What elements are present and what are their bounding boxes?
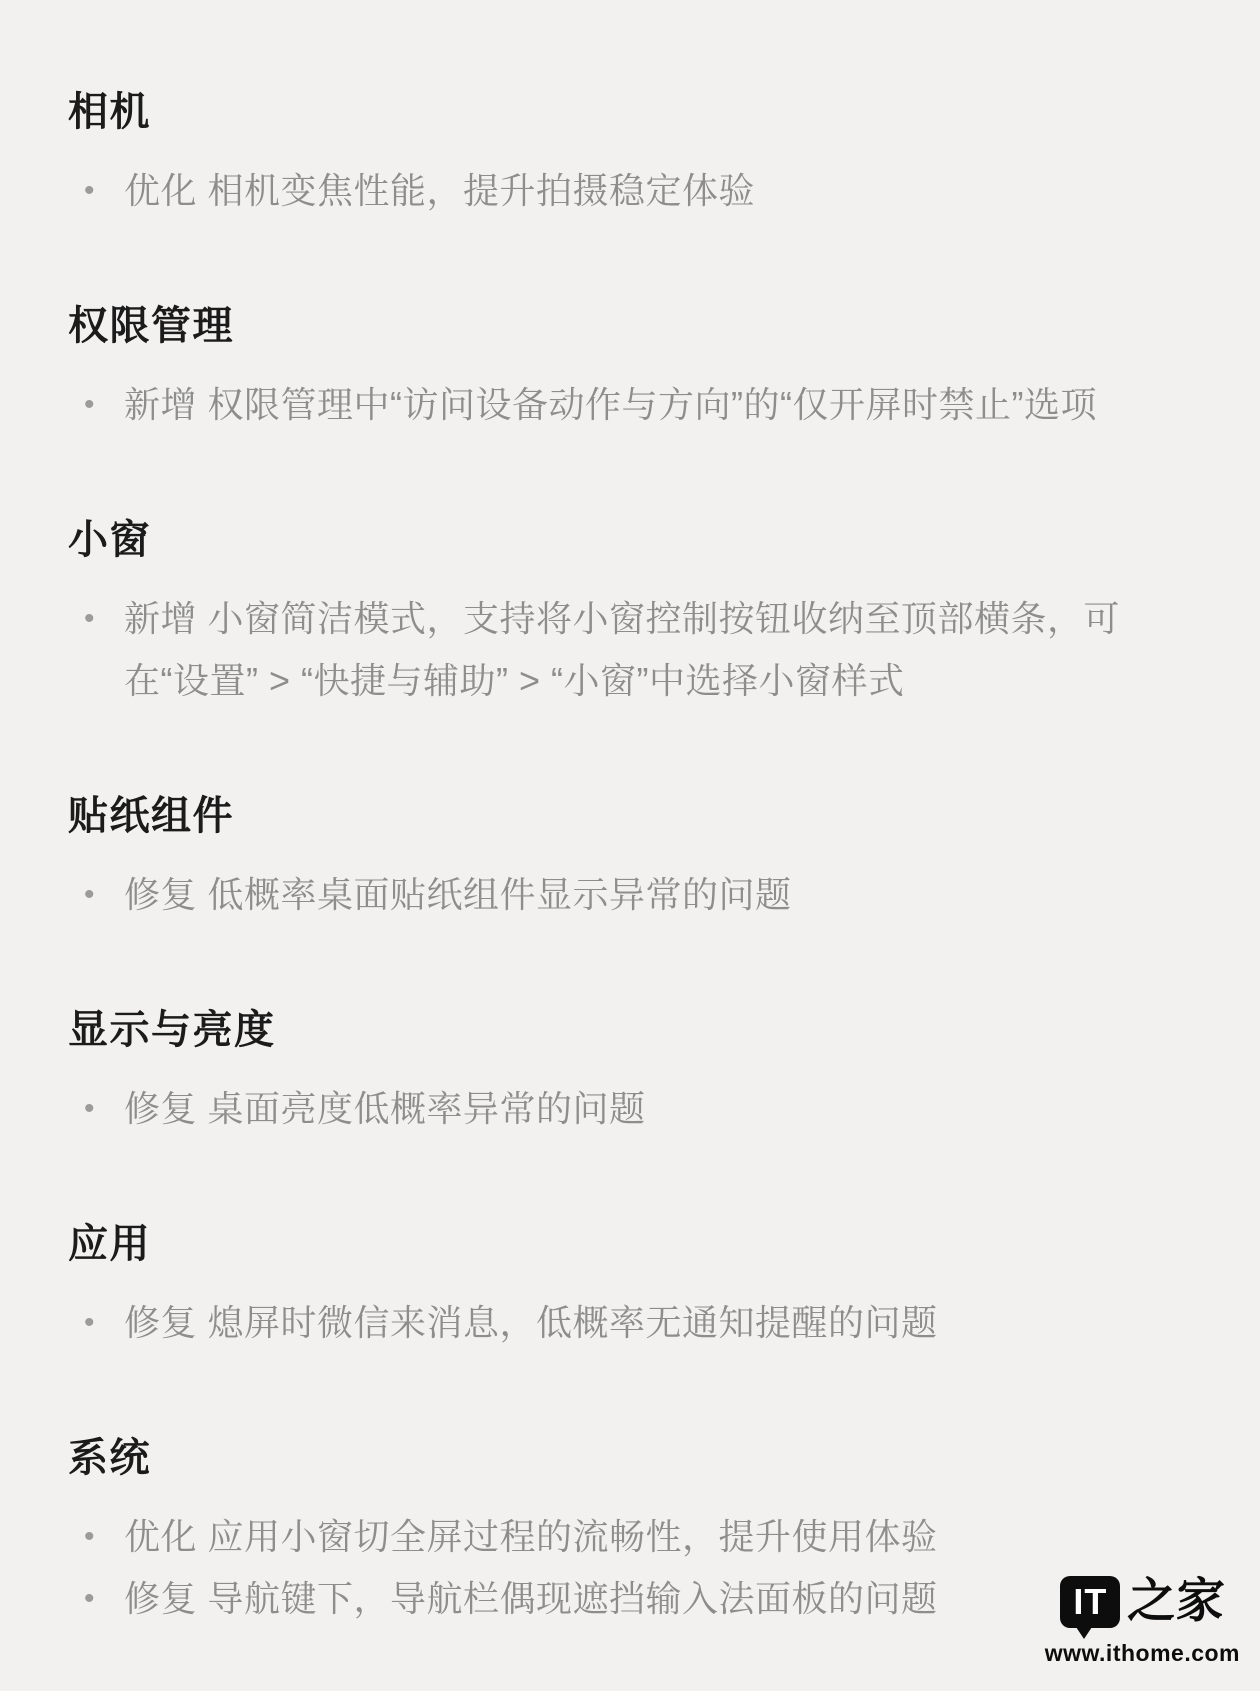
changelog-item-text: 修复 桌面亮度低概率异常的问题 xyxy=(124,1078,1144,1140)
bullet-icon: • xyxy=(68,160,124,222)
section-system: 系统 • 优化 应用小窗切全屏过程的流畅性，提升使用体验 • 修复 导航键下，导… xyxy=(68,1434,1198,1630)
ithome-url: www.ithome.com xyxy=(1045,1640,1240,1667)
changelog-item: • 优化 相机变焦性能，提升拍摄稳定体验 xyxy=(68,160,1198,222)
changelog-item-text: 修复 导航键下，导航栏偶现遮挡输入法面板的问题 xyxy=(124,1568,1144,1630)
changelog-item-text: 优化 应用小窗切全屏过程的流畅性，提升使用体验 xyxy=(124,1506,1144,1568)
changelog-item: • 修复 熄屏时微信来消息，低概率无通知提醒的问题 xyxy=(68,1292,1198,1354)
changelog-item-text: 优化 相机变焦性能，提升拍摄稳定体验 xyxy=(124,160,1144,222)
section-permissions: 权限管理 • 新增 权限管理中“访问设备动作与方向”的“仅开屏时禁止”选项 xyxy=(68,302,1198,436)
bullet-icon: • xyxy=(68,588,124,650)
changelog-item-text: 修复 低概率桌面贴纸组件显示异常的问题 xyxy=(124,864,1144,926)
changelog-item: • 新增 权限管理中“访问设备动作与方向”的“仅开屏时禁止”选项 xyxy=(68,374,1198,436)
changelog-item-text: 修复 熄屏时微信来消息，低概率无通知提醒的问题 xyxy=(124,1292,1144,1354)
section-display-brightness: 显示与亮度 • 修复 桌面亮度低概率异常的问题 xyxy=(68,1006,1198,1140)
changelog-item-text: 新增 权限管理中“访问设备动作与方向”的“仅开屏时禁止”选项 xyxy=(124,374,1144,436)
changelog-item: • 修复 低概率桌面贴纸组件显示异常的问题 xyxy=(68,864,1198,926)
changelog-document: 相机 • 优化 相机变焦性能，提升拍摄稳定体验 权限管理 • 新增 权限管理中“… xyxy=(0,0,1260,1630)
section-title: 显示与亮度 xyxy=(68,1006,1198,1054)
changelog-item-text: 新增 小窗简洁模式，支持将小窗控制按钮收纳至顶部横条，可在“设置” > “快捷与… xyxy=(124,588,1144,712)
section-apps: 应用 • 修复 熄屏时微信来消息，低概率无通知提醒的问题 xyxy=(68,1220,1198,1354)
bullet-icon: • xyxy=(68,1078,124,1140)
ithome-logo-icon: IT xyxy=(1060,1576,1120,1628)
section-floating-window: 小窗 • 新增 小窗简洁模式，支持将小窗控制按钮收纳至顶部横条，可在“设置” >… xyxy=(68,516,1198,712)
section-title: 应用 xyxy=(68,1220,1198,1268)
ithome-logo-it-text: IT xyxy=(1073,1581,1107,1623)
bullet-icon: • xyxy=(68,1292,124,1354)
section-title: 权限管理 xyxy=(68,302,1198,350)
changelog-item: • 修复 桌面亮度低概率异常的问题 xyxy=(68,1078,1198,1140)
bullet-icon: • xyxy=(68,374,124,436)
section-title: 系统 xyxy=(68,1434,1198,1482)
changelog-item: • 修复 导航键下，导航栏偶现遮挡输入法面板的问题 xyxy=(68,1568,1198,1630)
bullet-icon: • xyxy=(68,1568,124,1630)
changelog-item: • 优化 应用小窗切全屏过程的流畅性，提升使用体验 xyxy=(68,1506,1198,1568)
ithome-watermark: IT 之家 www.ithome.com xyxy=(1045,1576,1240,1667)
bullet-icon: • xyxy=(68,1506,124,1568)
ithome-logo-zhijia-text: 之家 xyxy=(1127,1576,1227,1628)
bullet-icon: • xyxy=(68,864,124,926)
section-camera: 相机 • 优化 相机变焦性能，提升拍摄稳定体验 xyxy=(68,88,1198,222)
section-title: 小窗 xyxy=(68,516,1198,564)
changelog-item: • 新增 小窗简洁模式，支持将小窗控制按钮收纳至顶部横条，可在“设置” > “快… xyxy=(68,588,1198,712)
section-title: 相机 xyxy=(68,88,1198,136)
section-title: 贴纸组件 xyxy=(68,792,1198,840)
section-sticker-widget: 贴纸组件 • 修复 低概率桌面贴纸组件显示异常的问题 xyxy=(68,792,1198,926)
